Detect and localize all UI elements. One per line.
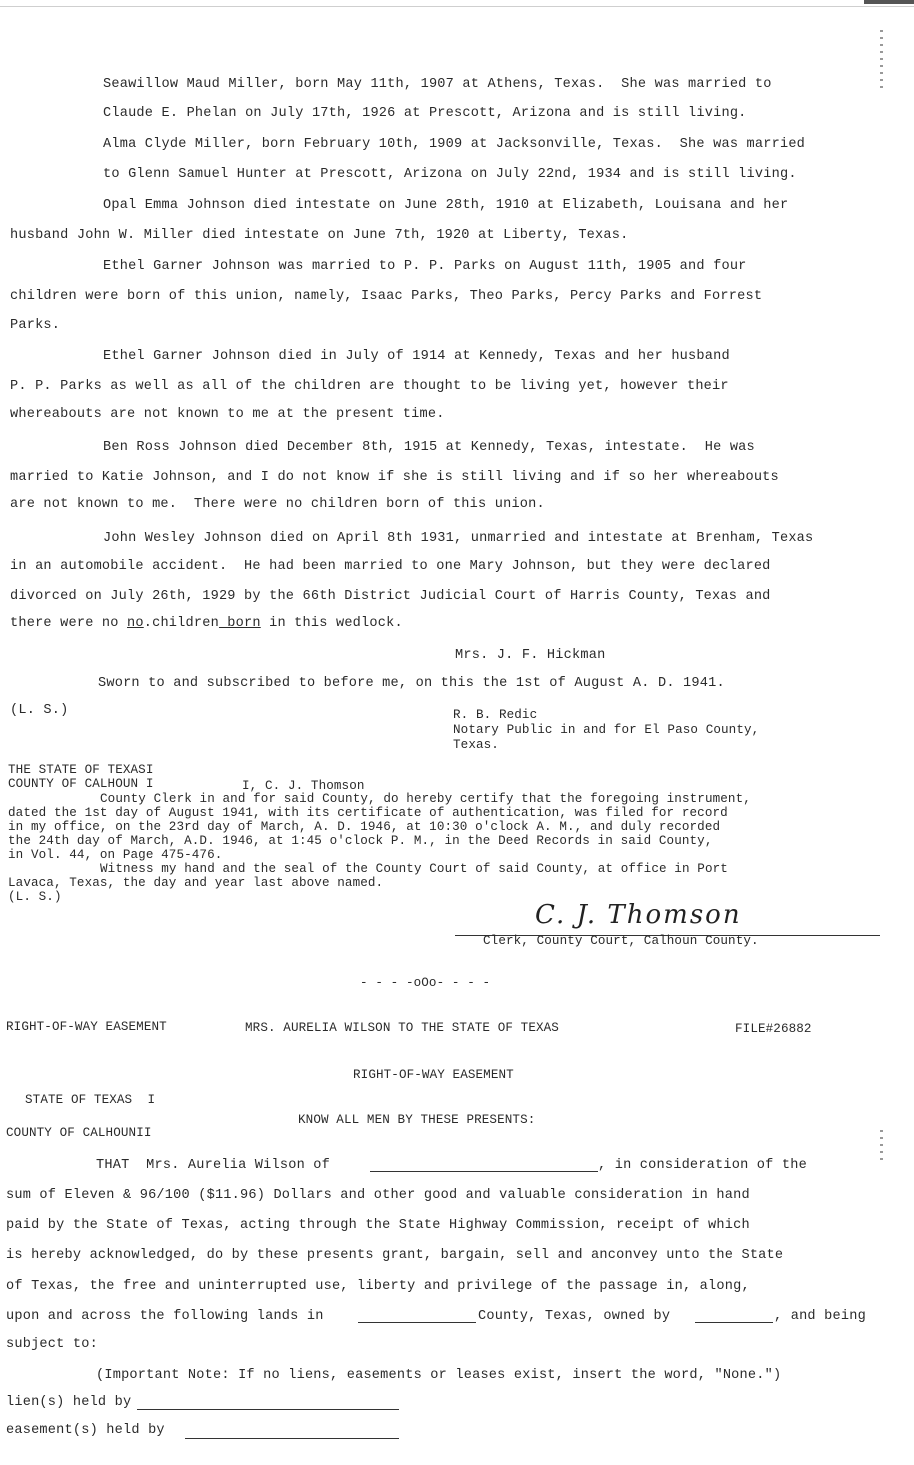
- file-number: FILE#26882: [735, 1022, 812, 1036]
- certificate-line: Lavaca, Texas, the day and year last abo…: [8, 876, 383, 890]
- text-line: there were no no.children born in this w…: [10, 616, 403, 632]
- text-line: Ethel Garner Johnson died in July of 191…: [103, 349, 730, 365]
- important-note: (Important Note: If no liens, easements …: [96, 1368, 781, 1384]
- text-line: P. P. Parks as well as all of the childr…: [10, 379, 729, 395]
- venue-text: STATE OF TEXAS: [25, 1093, 132, 1107]
- venue-bracket: I: [146, 763, 154, 777]
- certificate-line: Witness my hand and the seal of the Coun…: [100, 862, 728, 876]
- easements-blank[interactable]: [185, 1427, 399, 1439]
- jurat-text: Sworn to and subscribed to before me, on…: [98, 676, 725, 692]
- text-line: married to Katie Johnson, and I do not k…: [10, 470, 779, 486]
- page-top-edge: [0, 0, 914, 7]
- clerk-intro: I, C. J. Thomson: [242, 779, 365, 793]
- liens-label: lien(s) held by: [6, 1395, 131, 1411]
- certificate-line: in Vol. 44, on Page 475-476.: [8, 848, 222, 862]
- venue-bracket: I: [144, 1126, 152, 1140]
- instrument-type: RIGHT-OF-WAY EASEMENT: [6, 1020, 167, 1034]
- venue-state: STATE OF TEXAS I: [25, 1093, 155, 1107]
- venue-bracket: I: [148, 1093, 156, 1107]
- text-line: Claude E. Phelan on July 17th, 1926 at P…: [103, 106, 747, 122]
- parties: MRS. AURELIA WILSON TO THE STATE OF TEXA…: [245, 1021, 559, 1035]
- venue-county: COUNTY OF CALHOUN I: [8, 777, 154, 791]
- text-fragment: .children: [144, 616, 219, 631]
- text-line: whereabouts are not known to me at the p…: [10, 407, 445, 423]
- notary-seal: (L. S.): [10, 703, 69, 719]
- text-line: County, Texas, owned by: [478, 1309, 670, 1325]
- underlined-word: no: [127, 616, 144, 631]
- notary-name: R. B. Redic: [453, 708, 537, 722]
- venue-text: COUNTY OF CALHOUN: [6, 1126, 136, 1140]
- section-separator: - - - -oOo- - - -: [360, 976, 490, 990]
- underlined-word: born: [219, 616, 261, 631]
- signature-caption: Clerk, County Court, Calhoun County.: [483, 934, 759, 948]
- text-line: Parks.: [10, 318, 60, 334]
- venue-bracket: I: [136, 1126, 144, 1140]
- venue-state: THE STATE OF TEXASI: [8, 763, 154, 777]
- margin-specks: [880, 1130, 883, 1160]
- text-line: , in consideration of the: [598, 1158, 807, 1174]
- text-line: subject to:: [6, 1337, 98, 1353]
- venue-bracket: I: [146, 777, 154, 791]
- venue-text: COUNTY OF CALHOUN: [8, 777, 138, 791]
- venue-county: COUNTY OF CALHOUNII: [6, 1126, 152, 1140]
- text-line: Ben Ross Johnson died December 8th, 1915…: [103, 440, 755, 456]
- easement-title: RIGHT-OF-WAY EASEMENT: [353, 1068, 514, 1082]
- text-line: are not known to me. There were no child…: [10, 497, 545, 513]
- certificate-line: in my office, on the 23rd day of March, …: [8, 820, 720, 834]
- text-fragment: there were no: [10, 616, 127, 631]
- venue-text: THE STATE OF TEXAS: [8, 763, 146, 777]
- clerk-signature: C. J. Thomson: [535, 900, 742, 930]
- affiant-signature: Mrs. J. F. Hickman: [455, 648, 605, 664]
- certificate-line: the 24th day of March, A.D. 1946, at 1:4…: [8, 834, 713, 848]
- text-line: children were born of this union, namely…: [10, 289, 762, 305]
- notary-title: Texas.: [453, 738, 499, 752]
- text-line: in an automobile accident. He had been m…: [10, 559, 771, 575]
- text-line: Opal Emma Johnson died intestate on June…: [103, 198, 788, 214]
- text-line: sum of Eleven & 96/100 ($11.96) Dollars …: [6, 1188, 750, 1204]
- liens-blank[interactable]: [137, 1398, 399, 1410]
- text-line: Alma Clyde Miller, born February 10th, 1…: [103, 137, 805, 153]
- notary-title: Notary Public in and for El Paso County,: [453, 723, 759, 737]
- text-line: to Glenn Samuel Hunter at Prescott, Ariz…: [103, 167, 797, 183]
- scan-edge-mark: [864, 0, 914, 4]
- grantor-address-blank[interactable]: [370, 1160, 598, 1172]
- text-line: upon and across the following lands in: [6, 1309, 324, 1325]
- text-line: Ethel Garner Johnson was married to P. P…: [103, 259, 747, 275]
- easements-label: easement(s) held by: [6, 1423, 165, 1439]
- margin-specks: [880, 30, 883, 90]
- text-line: Seawillow Maud Miller, born May 11th, 19…: [103, 77, 772, 93]
- certificate-seal: (L. S.): [8, 890, 62, 904]
- text-line: husband John W. Miller died intestate on…: [10, 228, 628, 244]
- text-line: divorced on July 26th, 1929 by the 66th …: [10, 589, 771, 605]
- know-all-men: KNOW ALL MEN BY THESE PRESENTS:: [298, 1113, 535, 1127]
- certificate-line: dated the 1st day of August 1941, with i…: [8, 806, 728, 820]
- owner-blank[interactable]: [695, 1311, 773, 1323]
- text-line: is hereby acknowledged, do by these pres…: [6, 1248, 783, 1264]
- text-line: of Texas, the free and uninterrupted use…: [6, 1279, 750, 1295]
- text-line: John Wesley Johnson died on April 8th 19…: [103, 531, 813, 547]
- county-blank[interactable]: [358, 1311, 476, 1323]
- text-line: , and being: [774, 1309, 866, 1325]
- certificate-line: County Clerk in and for said County, do …: [100, 792, 751, 806]
- text-fragment: in this wedlock.: [261, 616, 403, 631]
- text-line: paid by the State of Texas, acting throu…: [6, 1218, 750, 1234]
- grantor-line: THAT Mrs. Aurelia Wilson of: [96, 1158, 330, 1174]
